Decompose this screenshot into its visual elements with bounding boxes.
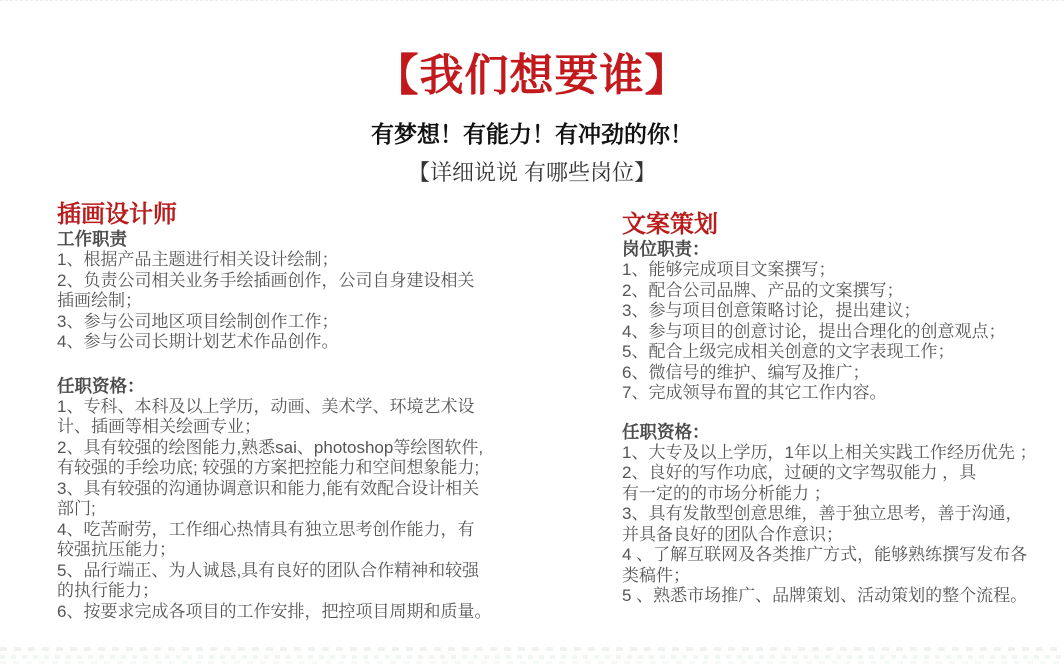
qualifications-list: 1、专科、本科及以上学历，动画、美术学、环境艺术设计、插画等相关绘画专业；2、具… [57,397,527,623]
duty-line: 6、微信号的维护、编写及推广； [622,363,1062,384]
qualification-line: 2、具有较强的绘图能力,熟悉sai、photoshop等绘图软件, [57,438,527,459]
qualification-line: 6、按要求完成各项目的工作安排，把控项目周期和质量。 [57,602,527,623]
qualification-line: 并具备良好的团队合作意识； [622,525,1062,546]
page-title: 【我们想要谁】 [0,50,1064,102]
duties-heading: 岗位职责： [622,239,1062,260]
duties-heading: 工作职责 [57,229,527,250]
job-posting-page: 【我们想要谁】 有梦想！有能力！有冲劲的你！ 【详细说说 有哪些岗位】 插画设计… [0,0,1064,666]
positions-intro: 【详细说说 有哪些岗位】 [0,159,1064,187]
duty-line: 5、配合上级完成相关创意的文字表现工作； [622,342,1062,363]
duty-line: 1、根据产品主题进行相关设计绘制； [57,250,527,271]
duties-list: 1、根据产品主题进行相关设计绘制；2、负责公司相关业务手绘插画创作，公司自身建设… [57,250,527,353]
position-title: 插画设计师 [57,202,527,228]
qualifications-heading: 任职资格： [57,376,527,397]
qualification-line: 有一定的的市场分析能力 ； [622,484,1062,505]
duty-line: 3、参与项目创意策略讨论，提出建议； [622,301,1062,322]
duty-line: 1、能够完成项目文案撰写； [622,260,1062,281]
duty-line: 3、参与公司地区项目绘制创作工作； [57,312,527,333]
qualification-line: 计、插画等相关绘画专业； [57,417,527,438]
qualification-line: 的执行能力； [57,581,527,602]
page-subtitle: 有梦想！有能力！有冲劲的你！ [0,121,1064,148]
qualification-line: 部门; [57,499,527,520]
duty-line: 插画绘制； [57,291,527,312]
qualifications-list: 1、大专及以上学历，1年以上相关实践工作经历优先 ；2、良好的写作功底，过硬的文… [622,443,1062,607]
position-title: 文案策划 [622,212,1062,238]
watermark-strip [0,646,1064,665]
qualification-line: 5、品行端正、为人诚恳,具有良好的团队合作精神和较强 [57,561,527,582]
qualification-line: 2、良好的写作功底，过硬的文字驾驭能力 ，具 [622,463,1062,484]
position-copywriter-planner: 文案策划 岗位职责： 1、能够完成项目文案撰写；2、配合公司品牌、产品的文案撰写… [622,212,1062,607]
qualification-line: 较强抗压能力； [57,540,527,561]
duty-line: 2、负责公司相关业务手绘插画创作，公司自身建设相关 [57,271,527,292]
qualification-line: 有较强的手绘功底; 较强的方案把控能力和空间想象能力; [57,458,527,479]
top-border-decoration [0,0,1064,1]
qualification-line: 1、专科、本科及以上学历，动画、美术学、环境艺术设 [57,397,527,418]
qualification-line: 5 、熟悉市场推广、品牌策划、活动策划的整个流程。 [622,586,1062,607]
duty-line: 4、参与公司长期计划艺术作品创作。 [57,332,527,353]
duty-line: 7、完成领导布置的其它工作内容。 [622,383,1062,404]
duty-line: 4、参与项目的创意讨论，提出合理化的创意观点； [622,322,1062,343]
qualification-line: 4、吃苦耐劳，工作细心热情具有独立思考创作能力，有 [57,520,527,541]
position-illustration-designer: 插画设计师 工作职责 1、根据产品主题进行相关设计绘制；2、负责公司相关业务手绘… [57,202,527,622]
qualification-line: 3、具有较强的沟通协调意识和能力,能有效配合设计相关 [57,479,527,500]
qualifications-heading: 任职资格： [622,422,1062,443]
duty-line: 2、配合公司品牌、产品的文案撰写； [622,281,1062,302]
qualification-line: 1、大专及以上学历，1年以上相关实践工作经历优先 ； [622,443,1062,464]
duties-list: 1、能够完成项目文案撰写；2、配合公司品牌、产品的文案撰写；3、参与项目创意策略… [622,260,1062,404]
qualification-line: 4 、了解互联网及各类推广方式，能够熟练撰写发布各 [622,545,1062,566]
qualification-line: 类稿件； [622,566,1062,587]
qualification-line: 3、具有发散型创意思维，善于独立思考，善于沟通， [622,504,1062,525]
